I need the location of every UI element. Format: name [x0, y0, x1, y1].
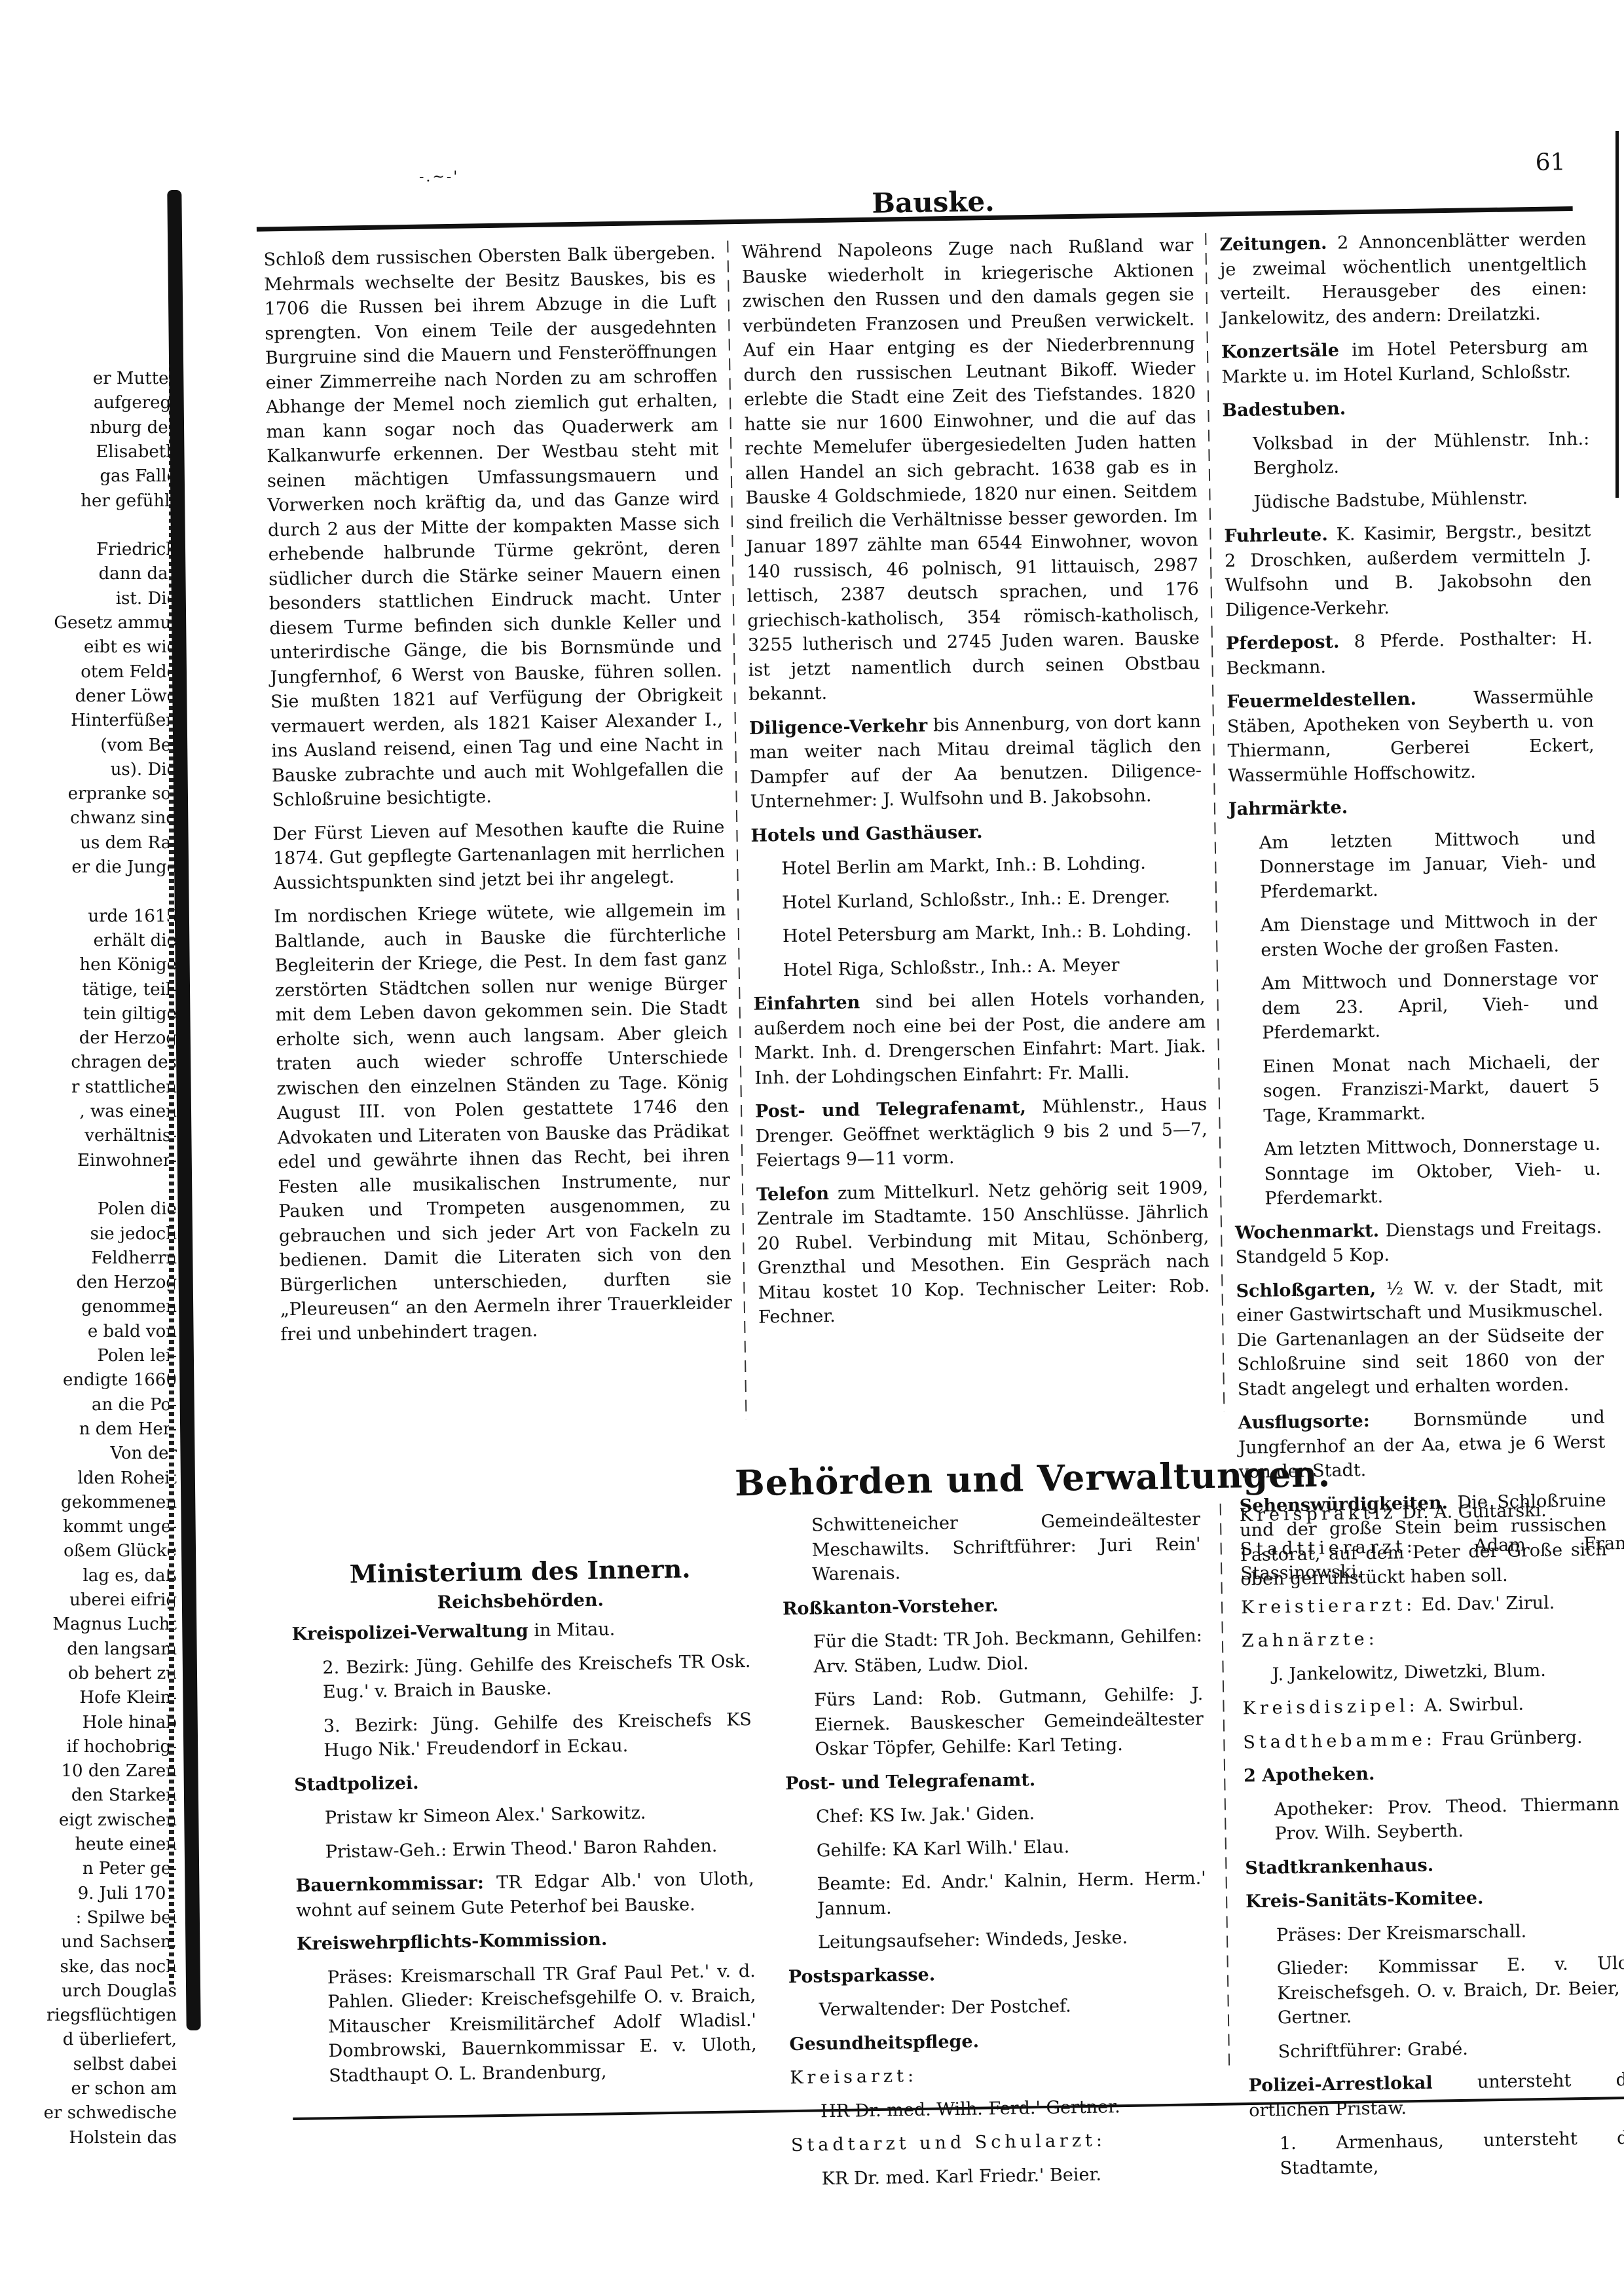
entry-text: A. Swirbul. — [1418, 1694, 1524, 1716]
directory-entry: Schwitteneicher Gemeindeältester Meschaw… — [781, 1507, 1202, 1588]
entry-text: Präses: Der Kreismarschall. — [1276, 1921, 1527, 1945]
directory-entry: Pristaw-Geh.: Erwin Theod.' Baron Rahden… — [295, 1833, 754, 1864]
directory-entry: Polizei-Arrestlokal untersteht dem örtli… — [1248, 2067, 1624, 2123]
gutter-fragment: r stattlichen — [39, 1075, 177, 1100]
directory-entry: Badestuben. — [1222, 393, 1589, 423]
directory-entry: KR Dr. med. Karl Friedr.' Beier. — [791, 2161, 1211, 2192]
entry-heading: Hotels und Gasthäuser. — [750, 822, 983, 846]
directory-entry: Volksbad in der Mühlenstr. Inh.: Berghol… — [1223, 426, 1590, 481]
gutter-fragment: verhältnis- — [39, 1124, 177, 1148]
entry-text: Chef: KS Iw. Jak.' Giden. — [816, 1803, 1035, 1827]
entry-text: Präses: Kreismarschall TR Graf Paul Pet.… — [327, 1960, 757, 2085]
directory-entry: Fuhrleute. K. Kasimir, Bergstr., besitzt… — [1224, 519, 1592, 623]
entry-text: Hotel Petersburg am Markt, Inh.: B. Lohd… — [783, 920, 1192, 946]
entry-text: Schwitteneicher Gemeindeältester Meschaw… — [811, 1509, 1201, 1584]
gutter-fragment: eibt es wie — [39, 635, 177, 660]
gutter-fragment: Hofe Klein- — [39, 1686, 177, 1710]
directory-entry: Präses: Kreismarschall TR Graf Paul Pet.… — [297, 1958, 758, 2088]
entry-text: Für die Stadt: TR Joh. Beckmann, Gehilfe… — [813, 1626, 1202, 1677]
gutter-fragment: Feldherrn — [39, 1246, 177, 1271]
gutter-fragment: tätige, teil- — [39, 978, 177, 1002]
entry-text: 1. Armenhaus, untersteht dem Stadtamte, — [1280, 2127, 1624, 2178]
gutter-fragment: eigt zwischen — [39, 1808, 177, 1833]
gutter-fragment: riegsflüchtigen — [39, 2004, 177, 2028]
gutter-fragment: d überliefert, — [39, 2028, 177, 2052]
directory-entry: 3. Bezirk: Jüng. Gehilfe des Kreischefs … — [293, 1707, 752, 1763]
gutter-fragment: ob behert zu — [39, 1662, 177, 1686]
gutter-fragment: tein giltige — [39, 1002, 177, 1026]
directory-entry: 2 Apotheken. — [1244, 1757, 1624, 1788]
gutter-fragment: oßem Glücke — [39, 1539, 177, 1563]
directory-entry: Jüdische Badstube, Mühlenstr. — [1223, 485, 1591, 515]
entry-label: Stadttierarzt: — [1240, 1537, 1416, 1559]
entry-label: Kreispraktiz — [1240, 1502, 1397, 1525]
entry-heading: Fuhrleute. — [1224, 525, 1328, 546]
entry-heading: Kreis-Sanitäts-Komitee. — [1246, 1888, 1484, 1912]
entry-heading: Polizei-Arrestlokal — [1248, 2073, 1433, 2096]
directory-entry: Beamte: Ed. Andr.' Kalnin, Herm. Herm.' … — [786, 1866, 1206, 1922]
gutter-fragment: otem Felde — [39, 660, 177, 684]
directory-entry: Hotel Berlin am Markt, Inh.: B. Lohding. — [751, 850, 1204, 882]
gutter-fragment: uberei eifrig — [39, 1588, 177, 1613]
entry-heading: Bauernkommissar: — [295, 1873, 484, 1896]
entry-heading: Post- und Telegrafenamt, — [755, 1097, 1026, 1121]
entry-text: Einen Monat nach Michaeli, der sogen. Fr… — [1263, 1051, 1600, 1126]
directory-entry: Am Mittwoch und Donnerstage vor dem 23. … — [1231, 967, 1599, 1046]
gutter-fragment: Polen lei- — [39, 1344, 177, 1368]
directory-entry: Diligence-Verkehr bis Annenburg, von dor… — [749, 709, 1202, 815]
directory-entry: Pristaw kr Simeon Alex.' Sarkowitz. — [295, 1799, 754, 1831]
directory-entry: Hotel Riga, Schloßstr., Inh.: A. Meyer — [752, 951, 1205, 982]
directory-entry: Zeitungen. 2 Annoncenblätter werden je z… — [1219, 227, 1587, 331]
entry-label: Zahnärzte: — [1242, 1629, 1378, 1651]
entry-heading: Diligence-Verkehr — [749, 715, 928, 738]
entry-text: Schriftführer: Grabé. — [1278, 2038, 1469, 2062]
gutter-fragment: der Herzog — [39, 1026, 177, 1051]
entry-label: Kreisdiszipel: — [1242, 1696, 1419, 1719]
gutter-fragment: aufgereg- — [39, 391, 177, 415]
right-page-edge — [1615, 131, 1619, 498]
gutter-fragment: genommen — [39, 1295, 177, 1319]
gutter-fragment: nburg des — [39, 416, 177, 440]
directory-entry: Gehilfe: KA Karl Wilh.' Elau. — [786, 1833, 1206, 1864]
gutter-fragment: (vom Be- — [39, 734, 177, 758]
directory-entry: Hotel Petersburg am Markt, Inh.: B. Lohd… — [752, 918, 1205, 949]
entry-heading: Roßkanton-Vorsteher. — [783, 1595, 999, 1619]
gutter-fragment: gas Falle — [39, 464, 177, 489]
directory-entry: Kreispolizei-Verwaltung in Mitau. — [291, 1615, 750, 1647]
entry-heading: Feuermeldestellen. — [1227, 689, 1416, 713]
gutter-fragment: Einwohner- — [39, 1149, 177, 1173]
gutter-fragment: urch Douglas — [39, 1979, 177, 2004]
directory-entry: Kreistierarzt: Ed. Dav.' Zirul. — [1241, 1589, 1624, 1620]
directory-entry: Zahnärzte: — [1242, 1622, 1624, 1653]
entry-heading: Ausflugsorte: — [1238, 1411, 1369, 1433]
directory-entry: Chef: KS Iw. Jak.' Giden. — [786, 1799, 1206, 1830]
entry-text: Pristaw-Geh.: Erwin Theod.' Baron Rahden… — [325, 1835, 718, 1861]
gutter-fragment: ist. Die — [39, 587, 177, 611]
directory-entry: Apotheker: Prov. Theod. Thiermann u. Pro… — [1244, 1791, 1624, 1847]
paragraph: Im nordischen Kriege wütete, wie allgeme… — [274, 897, 733, 1347]
gutter-fragment: 9. Juli 1701 — [39, 1882, 177, 1906]
entry-heading: Jahrmärkte. — [1228, 798, 1348, 820]
directory-entry: Hotel Kurland, Schloßstr., Inh.: E. Dren… — [752, 884, 1204, 915]
gutter-fragment: hen Könige — [39, 953, 177, 977]
directory-entry: Stadthebamme: Frau Grünberg. — [1243, 1724, 1624, 1755]
directory-entry: Jahrmärkte. — [1228, 792, 1596, 822]
directory-entry: Hotels und Gasthäuser. — [750, 816, 1203, 848]
gutter-fragment: , was einen — [39, 1100, 177, 1124]
entry-text: Am letzten Mittwoch, Donnerstage u. Sonn… — [1264, 1134, 1601, 1209]
entry-label: Kreisarzt: — [790, 2066, 917, 2088]
entry-heading: Post- und Telegrafenamt. — [785, 1770, 1035, 1794]
entry-heading: Stadtpolizei. — [294, 1772, 419, 1795]
directory-entry: Gesundheitspflege. — [789, 2026, 1209, 2057]
entry-heading: Kreispolizei-Verwaltung — [291, 1620, 528, 1645]
paragraph: Während Napoleons Zuge nach Rußland war … — [741, 233, 1200, 707]
gutter-fragment: erhält die — [39, 929, 177, 953]
gutter-fragment: selbst dabei — [39, 2053, 177, 2077]
gutter-fragment: kommt unge- — [39, 1515, 177, 1539]
directory-entry: Kreisdiszipel: A. Swirbul. — [1242, 1690, 1624, 1721]
gutter-fragment: gekommenen — [39, 1491, 177, 1515]
gutter-fragment: den langsam — [39, 1637, 177, 1662]
column-authorities-1: Ministerium des Innern. Reichsbehörden. … — [290, 1531, 757, 2098]
directory-entry: Schriftführer: Grabé. — [1248, 2034, 1624, 2064]
entry-text: Am Mittwoch und Donnerstage vor dem 23. … — [1261, 969, 1598, 1043]
entry-text: Fürs Land: Rob. Gutmann, Gehilfe: J. Eie… — [814, 1684, 1204, 1759]
gutter-fragment: an die Po- — [39, 1393, 177, 1417]
column-authorities-2: Schwitteneicher Gemeindeältester Meschaw… — [781, 1507, 1211, 2201]
entry-text: Glieder: Kommissar E. v. Uloth, Kreische… — [1277, 1952, 1624, 2028]
entry-label: Kreistierarzt: — [1241, 1595, 1416, 1618]
gutter-fragment: n Peter ge- — [39, 1857, 177, 1881]
entry-text: Gehilfe: KA Karl Wilh.' Elau. — [817, 1837, 1070, 1861]
gutter-fragment: us dem Ra- — [39, 831, 177, 855]
paragraph: Schloß dem russischen Obersten Balk über… — [263, 241, 724, 813]
entry-text: Frau Grünberg. — [1436, 1727, 1583, 1750]
entry-text: Beamte: Ed. Andr.' Kalnin, Herm. Herm.' … — [817, 1868, 1206, 1919]
entry-text: Dr. A. Guitarski. — [1397, 1501, 1547, 1523]
column-directory: Zeitungen. 2 Annoncenblätter werden je z… — [1219, 227, 1608, 1601]
directory-entry: Post- und Telegrafenamt, Mühlenstr., Hau… — [755, 1092, 1208, 1173]
gutter-fragment: ske, das noch — [39, 1955, 177, 1979]
paragraph: Der Fürst Lieven auf Mesothen kaufte die… — [272, 815, 726, 895]
entry-text: KR Dr. med. Karl Friedr.' Beier. — [822, 2164, 1102, 2189]
page-body: Bauske. 61 Schloß dem russischen Oberste… — [196, 128, 1624, 2214]
directory-entry: 1. Armenhaus, untersteht dem Stadtamte, — [1249, 2125, 1624, 2181]
directory-entry: Postsparkasse. — [788, 1958, 1208, 1990]
gutter-fragment: Von der — [39, 1442, 177, 1466]
gutter-fragment: her gefühlt — [39, 489, 177, 513]
directory-entry: Kreiswehrpflichts-Kommission. — [297, 1925, 756, 1956]
directory-entry: Am letzten Mittwoch, Donnerstage u. Sonn… — [1234, 1132, 1602, 1212]
entry-label: Stadthebamme: — [1243, 1729, 1436, 1753]
subheading: Reichsbehörden. — [291, 1586, 750, 1617]
column-divider — [1220, 1504, 1230, 2067]
gutter-fragment: dann das — [39, 562, 177, 586]
entry-text: J. Jankelowitz, Diwetzki, Blum. — [1272, 1660, 1547, 1685]
entry-heading: Schloßgarten, — [1236, 1278, 1376, 1301]
entry-text: 2. Bezirk: Jüng. Gehilfe des Kreischefs … — [322, 1651, 750, 1702]
gutter-fragment: er Mutter — [39, 367, 177, 391]
directory-entry: Konzertsäle im Hotel Petersburg am Markt… — [1221, 335, 1589, 390]
entry-heading: Zeitungen. — [1219, 233, 1327, 255]
directory-entry: Glieder: Kommissar E. v. Uloth, Kreische… — [1247, 1950, 1624, 2030]
gutter-fragment: sie jedoch — [39, 1222, 177, 1246]
entry-text: 3. Bezirk: Jüng. Gehilfe des Kreischefs … — [323, 1709, 752, 1761]
gutter-fragment: endigte 1660 — [39, 1368, 177, 1392]
directory-entry: Stadtarzt und Schularzt: — [791, 2127, 1211, 2158]
directory-entry: Für die Stadt: TR Joh. Beckmann, Gehilfe… — [783, 1624, 1203, 1679]
directory-entry: Wochenmarkt. Dienstags und Freitags. Sta… — [1235, 1215, 1602, 1270]
gutter-fragment: heute einen — [39, 1833, 177, 1857]
gutter-fragment: Polen die — [39, 1197, 177, 1222]
gutter-fragment: lden Roheit — [39, 1466, 177, 1491]
gutter-fragment: erpranke so- — [39, 782, 177, 806]
entry-text: Am letzten Mittwoch und Donnerstage im J… — [1259, 827, 1596, 902]
gutter-fragment: n dem Her- — [39, 1417, 177, 1442]
gutter-fragment: Hinterfüßen — [39, 709, 177, 733]
entry-heading: Einfahrten — [753, 992, 860, 1015]
entry-text: Hotel Riga, Schloßstr., Inh.: A. Meyer — [783, 955, 1120, 980]
gutter-fragment: er die Junge — [39, 855, 177, 880]
entry-heading: 2 Apotheken. — [1244, 1764, 1375, 1786]
directory-entry: Roßkanton-Vorsteher. — [783, 1590, 1202, 1622]
gutter-fragment: Magnus Lucht — [39, 1613, 177, 1637]
entry-text: Pristaw kr Simeon Alex.' Sarkowitz. — [325, 1803, 646, 1829]
scanned-page: er Mutteraufgereg-nburg desElisabethgas … — [0, 0, 1624, 2295]
gutter-fragment: er schon am — [39, 2077, 177, 2101]
entry-heading: Konzertsäle — [1221, 341, 1339, 363]
directory-entry: Pferdepost. 8 Pferde. Posthalter: H. Bec… — [1226, 626, 1593, 681]
gutter-fragment: Hole hinab — [39, 1711, 177, 1735]
entry-heading: Postsparkasse. — [788, 1964, 936, 1987]
directory-entry: Einen Monat nach Michaeli, der sogen. Fr… — [1232, 1049, 1600, 1129]
entry-text: Hotel Berlin am Markt, Inh.: B. Lohding. — [781, 853, 1146, 879]
directory-entry: Stadtkrankenhaus. — [1245, 1850, 1624, 1880]
gutter-fragment: Holstein das — [39, 2126, 177, 2150]
ministry-heading: Ministerium des Innern. — [291, 1556, 750, 1587]
column-history-2: Während Napoleons Zuge nach Rußland war … — [741, 233, 1210, 1339]
directory-entry: Kreis-Sanitäts-Komitee. — [1246, 1883, 1624, 1914]
gutter-fragment: er schwedische — [39, 2101, 177, 2125]
running-head: Bauske. — [872, 185, 995, 219]
entry-text: Apotheker: Prov. Theod. Thiermann u. Pro… — [1274, 1793, 1624, 1844]
gutter-fragment: chragen des — [39, 1051, 177, 1075]
entry-heading: Stadtkrankenhaus. — [1245, 1855, 1433, 1878]
gutter-fragment: e bald von — [39, 1320, 177, 1344]
entry-heading: Kreiswehrpflichts-Kommission. — [297, 1929, 608, 1954]
previous-page-gutter: er Mutteraufgereg-nburg desElisabethgas … — [0, 0, 190, 2295]
directory-entry: Am Dienstage und Mittwoch in der ersten … — [1230, 908, 1597, 963]
gutter-fragment: : Spilwe bei — [39, 1906, 177, 1930]
entry-text: Am Dienstage und Mittwoch in der ersten … — [1261, 910, 1597, 961]
directory-entry: 2. Bezirk: Jüng. Gehilfe des Kreischefs … — [292, 1649, 751, 1705]
directory-entry: Feuermeldestellen. Wassermühle Stäben, A… — [1227, 684, 1595, 789]
entry-heading: Badestuben. — [1222, 398, 1346, 420]
gutter-fragment: us). Die — [39, 758, 177, 782]
entry-heading: Pferdepost. — [1226, 632, 1340, 654]
entry-text: Ed. Dav.' Zirul. — [1416, 1592, 1555, 1614]
gutter-fragment: Friedrich — [39, 538, 177, 562]
entry-heading: Telefon — [756, 1184, 829, 1205]
gutter-fragment: 10 den Zaren — [39, 1759, 177, 1783]
directory-entry: J. Jankelowitz, Diwetzki, Blum. — [1242, 1656, 1624, 1687]
directory-entry: Präses: Der Kreismarschall. — [1246, 1917, 1624, 1948]
directory-entry: Stadtpolizei. — [294, 1765, 753, 1797]
directory-entry: Post- und Telegrafenamt. — [785, 1765, 1205, 1797]
directory-entry: Einfahrten sind bei allen Hotels vorhand… — [753, 985, 1206, 1091]
entry-text: Leitungsaufseher: Windeds, Jeske. — [818, 1928, 1128, 1952]
entry-text: in Mitau. — [528, 1619, 616, 1641]
gutter-fragment: chwanz sind — [39, 806, 177, 830]
directory-entry: Fürs Land: Rob. Gutmann, Gehilfe: J. Eie… — [784, 1682, 1204, 1763]
entry-heading: Wochenmarkt. — [1235, 1220, 1379, 1242]
directory-entry: Telefon zum Mittelkurl. Netz gehörig sei… — [756, 1175, 1210, 1330]
directory-entry: Leitungsaufseher: Windeds, Jeske. — [788, 1924, 1208, 1956]
column-authorities-3: Kreispraktiz Dr. A. Guitarski.Stadttiera… — [1240, 1497, 1624, 2191]
gutter-fragment: if hochobrig- — [39, 1735, 177, 1759]
directory-entry: Bauernkommissar: TR Edgar Alb.' von Ulot… — [295, 1867, 754, 1923]
gutter-fragment: lag es, daß — [39, 1564, 177, 1588]
directory-entry: Stadttierarzt: Adam Franz.' Stassinowski… — [1240, 1531, 1624, 1586]
gutter-fragment: den Starken — [39, 1783, 177, 1808]
entry-label: Stadtarzt und Schularzt: — [791, 2131, 1107, 2156]
gutter-fragment: Gesetz ammu- — [39, 611, 177, 635]
directory-entry: Verwaltender: Der Postchef. — [788, 1992, 1208, 2023]
column-history-1: Schloß dem russischen Obersten Balk über… — [263, 241, 732, 1356]
entry-text: Verwaltender: Der Postchef. — [819, 1996, 1071, 2020]
entry-text: Hotel Kurland, Schloßstr., Inh.: E. Dren… — [782, 886, 1170, 912]
gutter-fragment: Elisabeth — [39, 440, 177, 464]
entry-heading: Gesundheitspflege. — [789, 2031, 979, 2055]
gutter-fragment: urde 1615 — [39, 905, 177, 929]
directory-entry: Am letzten Mittwoch und Donnerstage im J… — [1229, 825, 1597, 905]
gutter-fragment: und Sachsen, — [39, 1930, 177, 1954]
gutter-fragment: dener Löwe — [39, 684, 177, 709]
entry-text: Volksbad in der Mühlenstr. Inh.: Berghol… — [1253, 428, 1589, 479]
directory-entry: Schloßgarten, ½ W. v. der Stadt, mit ein… — [1236, 1273, 1604, 1402]
gutter-fragment: den Herzog — [39, 1271, 177, 1295]
directory-entry: Kreisarzt: — [790, 2059, 1209, 2091]
entry-text: Jüdische Badstube, Mühlenstr. — [1253, 488, 1528, 513]
page-number: 61 — [1535, 149, 1565, 176]
